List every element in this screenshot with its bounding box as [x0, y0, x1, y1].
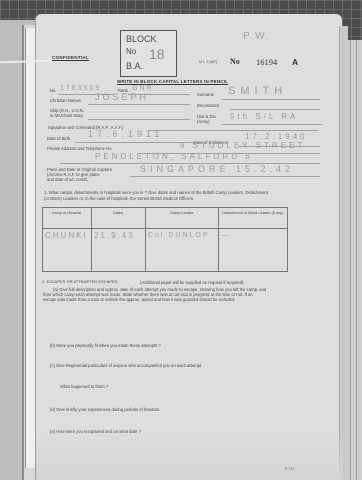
col-dates: Dates. [92, 208, 146, 229]
please-turn-over: P.T.O. [285, 467, 295, 471]
dob-label: Date of Birth [47, 137, 70, 141]
stamp-line-2: No [126, 48, 136, 56]
section2-note: (Additional paper will be supplied on re… [140, 281, 245, 285]
classification-label: CONFIDENTIAL [52, 55, 89, 60]
section2-c-followup: What happened to them ? [60, 385, 108, 389]
binder-strip [25, 28, 35, 468]
decorations-label: Decorations [197, 104, 219, 108]
col-camp-or-hospital: Camp or Hospital. [43, 208, 92, 229]
section1-question-line-2: (or Block) Leaders or, in the case of ho… [44, 197, 194, 201]
capture-value: SINGAPORE 15.2.42 [140, 165, 294, 174]
christian-names-label: Christian Names [50, 99, 81, 103]
serial-number: 16194 [256, 57, 277, 67]
section2-a-line-3: escape was made from a train or vehicle … [43, 298, 236, 302]
section2-title: 2. ESCAPES OR ATTEMPTED ESCAPES. [42, 280, 118, 284]
ship-label-2: or Merchant Navy [50, 114, 83, 118]
section2-b: (b) Were you physically fit when you mad… [50, 344, 161, 348]
table-row: CHUNKI 21.9.43 Col DUNLOP — [43, 229, 288, 272]
stamp-line-1: BLOCK [126, 35, 157, 44]
instruction-heading: WRITE IN BLOCK CAPITAL LETTERS IN PENCIL [117, 79, 228, 84]
enlistment-value: 17.2.1940 [245, 133, 308, 141]
number-label: No [230, 57, 240, 66]
capture-label-3: and date of a/c crash) [47, 178, 88, 182]
camp-name-cell: CHUNKI [45, 231, 88, 240]
section1-question-line-1: 1. What camps, detachments or hospitals … [44, 191, 268, 195]
col-detachment-leader: Detachment or Block Leader (if any). [219, 208, 288, 229]
camp-dates-cell: 21.9.43 [94, 231, 135, 240]
unit-label-2: (Army) [197, 120, 210, 124]
address-label: Private Address and Telephone No. [47, 147, 113, 151]
dob-value: 17.6.1911 [88, 130, 163, 139]
surname-label: Surname [197, 93, 214, 97]
address-line-1: 9 STUDLEY STREET [180, 142, 305, 150]
rank-value: GNR [132, 85, 154, 92]
address-line-2: PENDLETON, SALFORD 6 [95, 153, 253, 161]
block-stamp: BLOCK No 18 B.A. [120, 30, 177, 77]
form-code: M.I. 9 (AP) [199, 60, 217, 64]
col-camp-leader: Camp Leader. [145, 208, 219, 229]
camps-table: Camp or Hospital. Dates. Camp Leader. De… [42, 207, 288, 272]
surname-value: SMITH [228, 86, 287, 97]
serial-suffix: A [292, 57, 298, 67]
stamp-line-3: B.A. [126, 62, 143, 71]
camp-leader-cell: Col DUNLOP [148, 232, 210, 239]
christian-names-value: JOSEPH [95, 93, 149, 102]
detachment-leader-cell: — [221, 232, 230, 239]
unit-value: 5th S/L RA [230, 113, 298, 121]
section2-d: (d) Give briefly your experiences during… [50, 408, 160, 412]
section2-c: (c) Give Regimental particulars of anyon… [50, 364, 202, 368]
camps-table-header: Camp or Hospital. Dates. Camp Leader. De… [43, 208, 288, 229]
no-value: 1783509 [60, 85, 101, 92]
stamp-number: 18 [149, 46, 165, 62]
no-label: No. [50, 89, 57, 93]
margin-note: P.W. [243, 32, 271, 42]
